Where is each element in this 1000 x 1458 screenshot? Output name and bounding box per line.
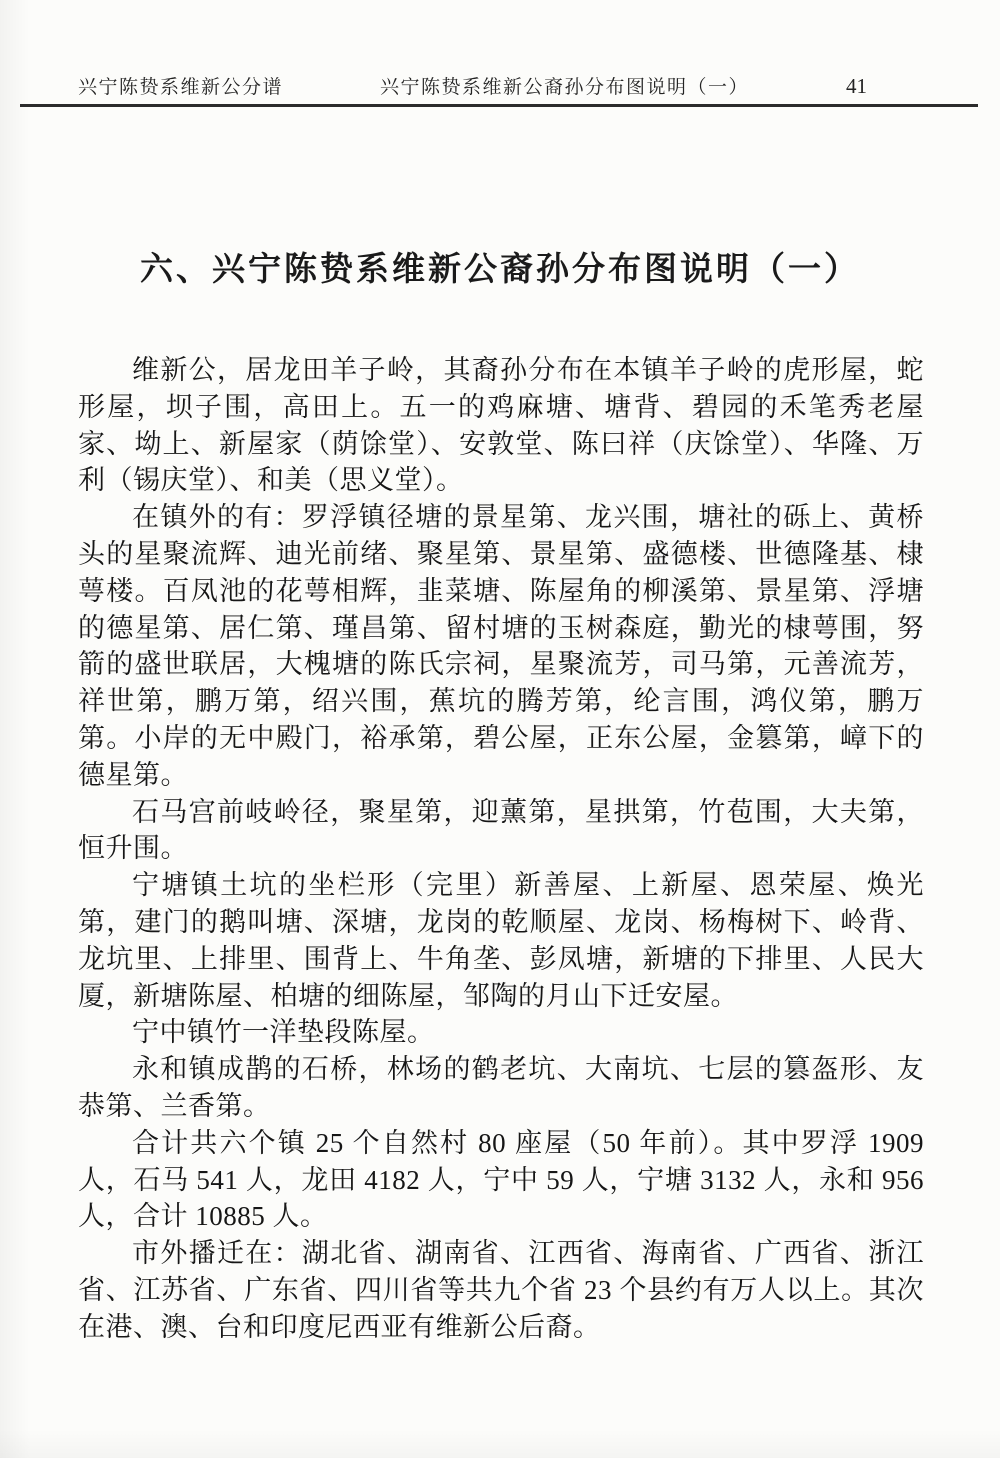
body-paragraph: 宁塘镇土坑的坐栏形（完里）新善屋、上新屋、恩荣屋、焕光第，建门的鹅叫塘、深塘，龙… <box>78 867 924 1014</box>
header-rule <box>20 104 978 107</box>
body-paragraph: 维新公，居龙田羊子岭，其裔孙分布在本镇羊子岭的虎形屋，蛇形屋，坝子围，高田上。五… <box>78 352 924 499</box>
page-header: 兴宁陈贽系维新公分谱 兴宁陈贽系维新公裔孙分布图说明（一） 41 <box>78 72 922 99</box>
body-paragraph: 石马宫前岐岭径，聚星第，迎薰第，星拱第，竹苞围，大夫第，恒升围。 <box>78 794 924 868</box>
body-paragraph: 永和镇成鹊的石桥，林场的鹤老坑、大南坑、七层的篡盔形、友恭第、兰香第。 <box>78 1051 924 1125</box>
page-number: 41 <box>846 74 922 99</box>
document-page: 兴宁陈贽系维新公分谱 兴宁陈贽系维新公裔孙分布图说明（一） 41 六、兴宁陈贽系… <box>0 0 1000 1458</box>
body-paragraph: 合计共六个镇 25 个自然村 80 座屋（50 年前）。其中罗浮 1909 人，… <box>78 1125 924 1235</box>
body-text: 维新公，居龙田羊子岭，其裔孙分布在本镇羊子岭的虎形屋，蛇形屋，坝子围，高田上。五… <box>78 352 924 1346</box>
body-paragraph: 在镇外的有：罗浮镇径塘的景星第、龙兴围，塘社的砾上、黄桥头的星聚流辉、迪光前绪、… <box>78 499 924 793</box>
header-left-title: 兴宁陈贽系维新公分谱 <box>78 72 283 99</box>
page-title: 六、兴宁陈贽系维新公裔孙分布图说明（一） <box>0 243 1000 290</box>
body-paragraph: 宁中镇竹一洋垫段陈屋。 <box>78 1014 924 1051</box>
body-paragraph: 市外播迁在：湖北省、湖南省、江西省、海南省、广西省、浙江省、江苏省、广东省、四川… <box>78 1235 924 1345</box>
header-center-title: 兴宁陈贽系维新公裔孙分布图说明（一） <box>283 72 846 99</box>
